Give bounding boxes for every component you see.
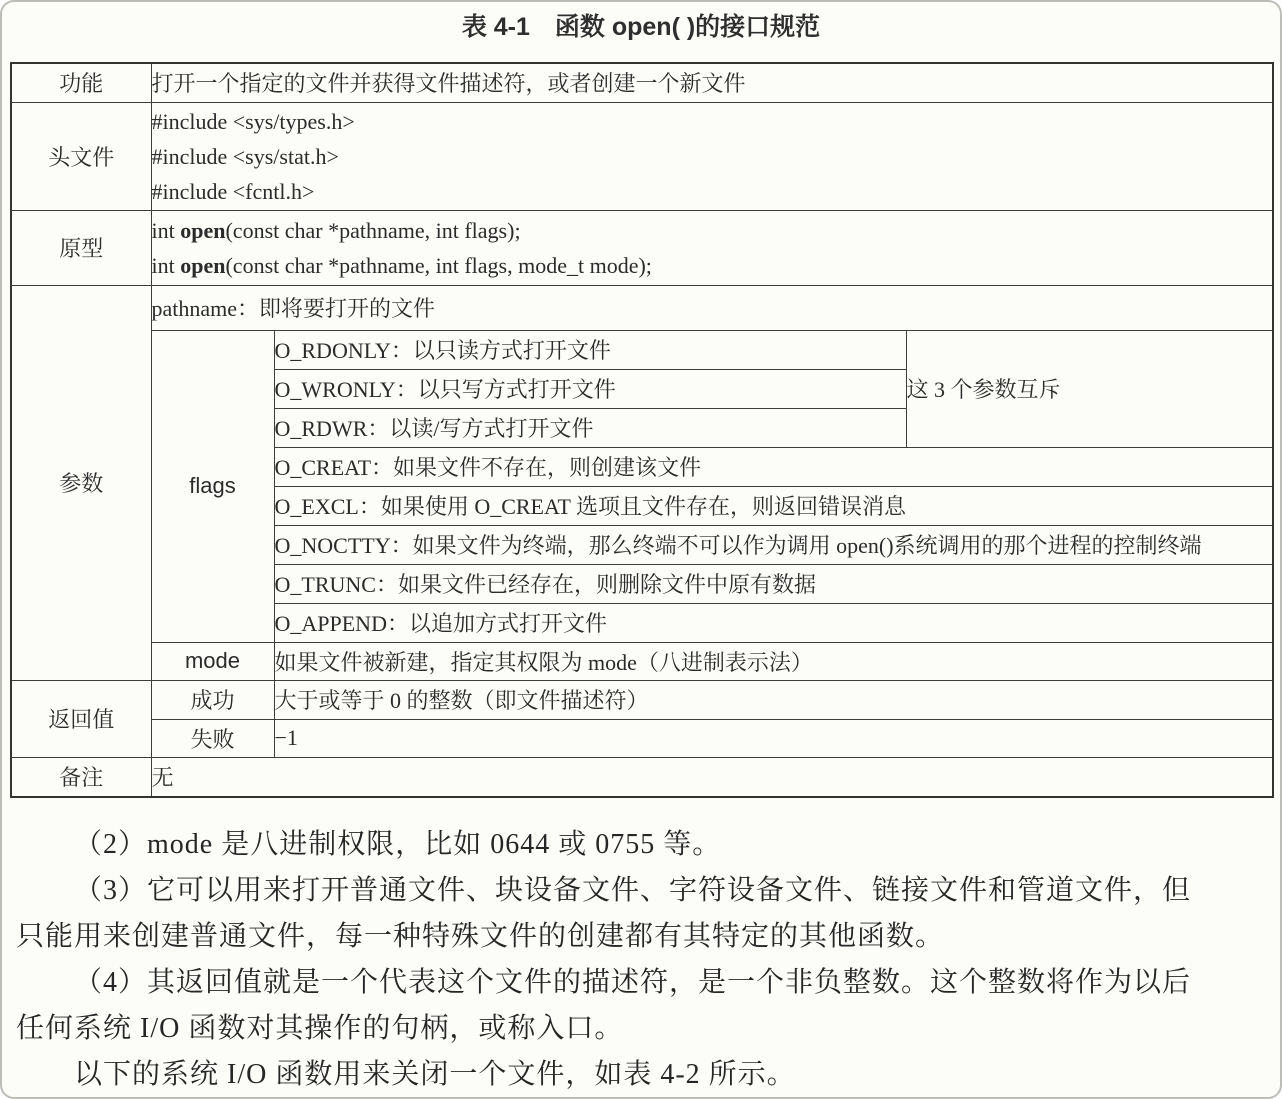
mutex-note: 这 3 个参数互斥 <box>906 330 1273 447</box>
row-label-return-value: 返回值 <box>11 680 151 757</box>
row-label-params: 参数 <box>11 285 151 680</box>
scanned-book-page: 表 4-1 函数 open( )的接口规范 功能 打开一个指定的文件并获得文件描… <box>0 0 1282 1099</box>
body-line: 只能用来创建普通文件，每一种特殊文件的创建都有其特定的其他函数。 <box>16 914 1266 960</box>
prototype-pre: int <box>152 253 181 278</box>
table-row: 原型 int open(const char *pathname, int fl… <box>11 210 1273 285</box>
flag-row-o-wronly: O_WRONLY：以只写方式打开文件 <box>274 369 906 408</box>
flag-row-o-append: O_APPEND：以追加方式打开文件 <box>274 603 1273 642</box>
include-line: #include <sys/types.h> <box>152 104 1273 139</box>
remark-value: 无 <box>151 757 1273 797</box>
prototype-line: int open(const char *pathname, int flags… <box>152 248 1273 283</box>
prototype-line: int open(const char *pathname, int flags… <box>152 213 1273 248</box>
prototype-post: (const char *pathname, int flags, mode_t… <box>225 253 651 278</box>
prototype-pre: int <box>152 218 181 243</box>
table-row: 失败 −1 <box>11 719 1273 757</box>
prototype-post: (const char *pathname, int flags); <box>225 218 520 243</box>
row-label-remark: 备注 <box>11 757 151 797</box>
flag-row-o-excl: O_EXCL：如果使用 O_CREAT 选项且文件存在，则返回错误消息 <box>274 486 1273 525</box>
flag-row-o-rdonly: O_RDONLY：以只读方式打开文件 <box>274 330 906 369</box>
body-text: （2）mode 是八进制权限，比如 0644 或 0755 等。 （3）它可以用… <box>10 822 1272 1098</box>
success-value: 大于或等于 0 的整数（即文件描述符） <box>274 680 1273 719</box>
header-includes-cell: #include <sys/types.h> #include <sys/sta… <box>151 102 1273 210</box>
prototype-function-name: open <box>180 218 225 243</box>
include-line: #include <sys/stat.h> <box>152 139 1273 174</box>
body-line: （3）它可以用来打开普通文件、块设备文件、字符设备文件、链接文件和管道文件，但 <box>16 868 1266 914</box>
body-line: 以下的系统 I/O 函数用来关闭一个文件，如表 4-2 所示。 <box>16 1052 1266 1098</box>
row-label-prototype: 原型 <box>11 210 151 285</box>
table-row: 参数 pathname：即将要打开的文件 <box>11 285 1273 330</box>
row-label-function: 功能 <box>11 63 151 102</box>
failure-label: 失败 <box>151 719 274 757</box>
table-row: 头文件 #include <sys/types.h> #include <sys… <box>11 102 1273 210</box>
table-row: flags O_RDONLY：以只读方式打开文件 这 3 个参数互斥 <box>11 330 1273 369</box>
table-row: 备注 无 <box>11 757 1273 797</box>
table-row: mode 如果文件被新建，指定其权限为 mode（八进制表示法） <box>11 642 1273 680</box>
flags-label: flags <box>151 330 274 642</box>
table-caption: 表 4-1 函数 open( )的接口规范 <box>10 12 1272 42</box>
body-line: （4）其返回值就是一个代表这个文件的描述符，是一个非负整数。这个整数将作为以后 <box>16 960 1266 1006</box>
body-line: 任何系统 I/O 函数对其操作的句柄，或称入口。 <box>16 1006 1266 1052</box>
prototype-function-name: open <box>180 253 225 278</box>
mode-label: mode <box>151 642 274 680</box>
table-row: 返回值 成功 大于或等于 0 的整数（即文件描述符） <box>11 680 1273 719</box>
body-line: （2）mode 是八进制权限，比如 0644 或 0755 等。 <box>16 822 1266 868</box>
success-label: 成功 <box>151 680 274 719</box>
flag-row-o-rdwr: O_RDWR：以读/写方式打开文件 <box>274 408 906 447</box>
flag-row-o-trunc: O_TRUNC：如果文件已经存在，则删除文件中原有数据 <box>274 564 1273 603</box>
table-row: 功能 打开一个指定的文件并获得文件描述符，或者创建一个新文件 <box>11 63 1273 102</box>
failure-value: −1 <box>274 719 1273 757</box>
row-label-headers: 头文件 <box>11 102 151 210</box>
flag-row-o-creat: O_CREAT：如果文件不存在，则创建该文件 <box>274 447 1273 486</box>
mode-description: 如果文件被新建，指定其权限为 mode（八进制表示法） <box>274 642 1273 680</box>
open-interface-spec-table: 功能 打开一个指定的文件并获得文件描述符，或者创建一个新文件 头文件 #incl… <box>10 62 1274 798</box>
flag-row-o-noctty: O_NOCTTY：如果文件为终端，那么终端不可以作为调用 open()系统调用的… <box>274 525 1273 564</box>
include-line: #include <fcntl.h> <box>152 174 1273 209</box>
prototypes-cell: int open(const char *pathname, int flags… <box>151 210 1273 285</box>
function-description: 打开一个指定的文件并获得文件描述符，或者创建一个新文件 <box>151 63 1273 102</box>
pathname-description: pathname：即将要打开的文件 <box>151 285 1273 330</box>
